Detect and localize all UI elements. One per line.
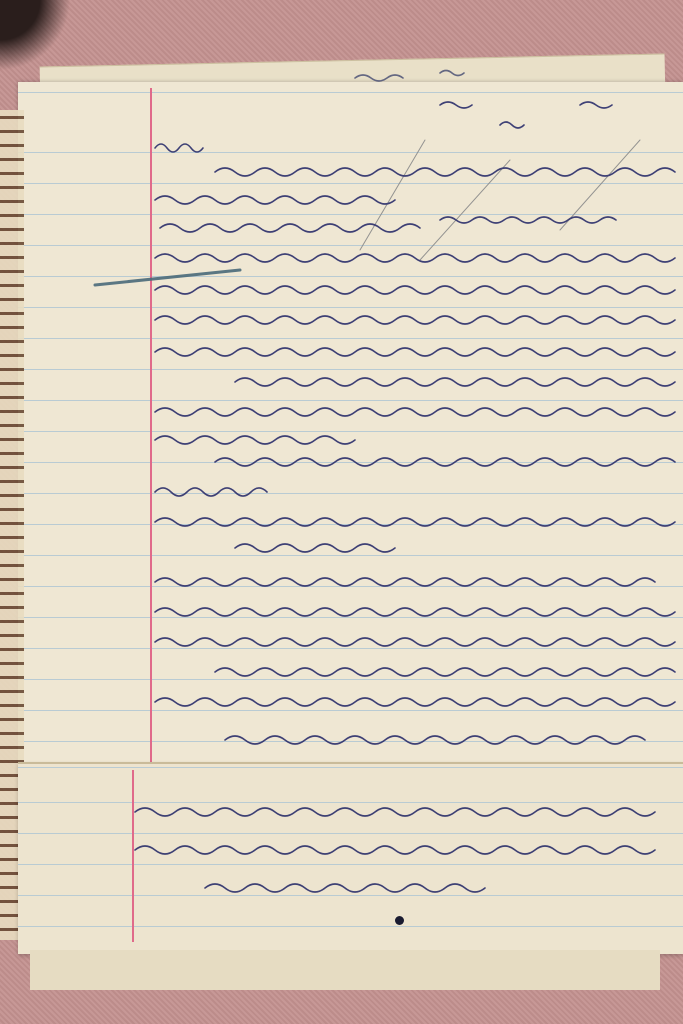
handwriting-layer: [0, 0, 683, 1024]
